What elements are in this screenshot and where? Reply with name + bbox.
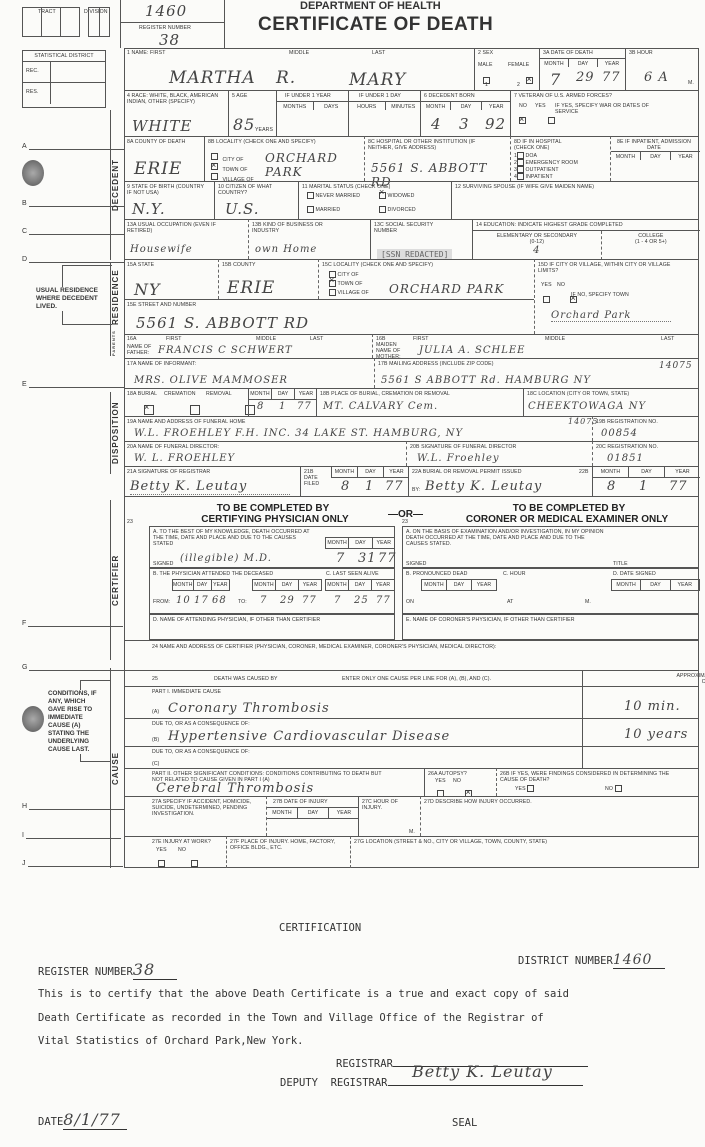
registrar-signature: Betty K. Leutay bbox=[130, 479, 290, 495]
field-marital-status: 11 MARITAL STATUS (CHECK ONE) NEVER MARR… bbox=[298, 181, 451, 219]
field-injury-description: 27D DESCRIBE HOW INJURY OCCURRED. bbox=[420, 796, 699, 836]
certification-date: DATE8/1/77 bbox=[38, 1110, 127, 1130]
funeral-director-name: W. L. FROEHLEY bbox=[134, 453, 235, 464]
field-injury-type: 27A SPECIFY IF ACCIDENT, HOMICIDE, SUICI… bbox=[124, 796, 266, 836]
at-work-yes-checkbox[interactable] bbox=[158, 860, 165, 867]
sex-female-checkbox[interactable] bbox=[526, 77, 533, 84]
citizen-value: U.S. bbox=[225, 200, 260, 218]
certification-date-value: 8/1/77 bbox=[63, 1110, 127, 1130]
funeral-director-signature: W.L. Froehley bbox=[417, 453, 500, 464]
field-county-of-death: 8A COUNTY OF DEATH ERIE bbox=[124, 136, 204, 181]
disposition-day: 1 bbox=[279, 401, 286, 412]
findings-no-checkbox[interactable] bbox=[615, 785, 622, 792]
permit-month: 8 bbox=[607, 479, 616, 494]
field-pronounced-dead: B. PRONOUNCED DEAD C. HOUR D. DATE SIGNE… bbox=[402, 568, 699, 614]
field-hour: 3B HOUR 6 A M. bbox=[625, 48, 699, 90]
field-in-hospital: 8D IF IN HOSPITAL (CHECK ONE) 1 DOA 2 EM… bbox=[510, 136, 610, 181]
filed-day: 1 bbox=[365, 479, 374, 494]
margin-line-h: H bbox=[22, 803, 124, 810]
field-disposition-place: 18B PLACE OF BURIAL, CREMATION OR REMOVA… bbox=[316, 388, 523, 416]
field-date-of-death: 3A DATE OF DEATH MONTH DAY YEAR 7 29 77 bbox=[539, 48, 625, 90]
margin-line-a: A bbox=[22, 143, 124, 150]
cremation-checkbox[interactable] bbox=[190, 405, 200, 415]
attended-from-day: 17 bbox=[194, 595, 209, 606]
department-heading: DEPARTMENT OF HEALTH bbox=[300, 0, 441, 12]
doa-checkbox[interactable] bbox=[517, 152, 524, 159]
field-cause-a: PART I. IMMEDIATE CAUSE (A) Coronary Thr… bbox=[124, 686, 699, 718]
certification-district-value: 1460 bbox=[613, 952, 665, 969]
county-value: ERIE bbox=[134, 159, 182, 179]
field-education: 14 EDUCATION: INDICATE HIGHEST GRADE COM… bbox=[472, 219, 699, 259]
field-informant-name: 17A NAME OF INFORMANT: MRS. OLIVE MAMMOS… bbox=[124, 358, 374, 388]
inpatient-checkbox[interactable] bbox=[517, 173, 524, 180]
attended-to-month: 7 bbox=[260, 595, 267, 606]
field-permit-issued: 22A BURIAL OR REMOVAL PERMIT ISSUED 22B … bbox=[408, 466, 592, 496]
field-industry: 13B KIND OF BUSINESS OR INDUSTRY own Hom… bbox=[248, 219, 370, 259]
signed-day: 31 bbox=[358, 551, 377, 566]
last-seen-day: 25 bbox=[354, 595, 369, 606]
field-funeral-director-signature: 20B SIGNATURE OF FUNERAL DIRECTOR W.L. F… bbox=[406, 441, 592, 466]
field-cause-b: DUE TO, OR AS A CONSEQUENCE OF: (B) Hype… bbox=[124, 718, 699, 746]
attended-to-year: 77 bbox=[302, 595, 317, 606]
tab-certifier: CERTIFIER bbox=[110, 500, 124, 660]
margin-line-j: J bbox=[22, 860, 123, 867]
permit-day: 1 bbox=[639, 479, 648, 494]
field-coroner-certification: A. ON THE BASIS OF EXAMINATION AND/OR IN… bbox=[402, 526, 699, 568]
mother-name: JULIA A. SCHLEE bbox=[419, 345, 525, 356]
locality-village-checkbox[interactable] bbox=[211, 173, 218, 180]
cause-a-value: Coronary Thrombosis bbox=[168, 701, 330, 716]
death-year: 77 bbox=[602, 70, 621, 85]
statistical-district-box: STATISTICAL DISTRICT REC. RES. bbox=[22, 50, 106, 108]
disposition-year: 77 bbox=[297, 401, 312, 412]
residence-county-value: ERIE bbox=[227, 278, 275, 298]
field-father: 16A FIRST MIDDLE LAST NAME OF FATHER: FR… bbox=[124, 334, 372, 358]
field-residence-state: 15A STATE NY bbox=[124, 259, 218, 299]
married-checkbox[interactable] bbox=[307, 206, 314, 213]
outpatient-checkbox[interactable] bbox=[517, 166, 524, 173]
deputy-registrar-signature: Betty K. Leutay bbox=[412, 1062, 553, 1081]
tab-disposition: DISPOSITION bbox=[110, 392, 124, 474]
decedent-last-name: MARY bbox=[349, 70, 406, 90]
cause-b-value: Hypertensive Cardiovascular Disease bbox=[168, 729, 450, 744]
field-disposition-location: 18C LOCATION (CITY OR TOWN, STATE) CHEEK… bbox=[523, 388, 699, 416]
punch-hole-mark-2 bbox=[22, 706, 44, 732]
margin-line-e: E bbox=[22, 381, 124, 388]
certification-register: REGISTER NUMBER38 bbox=[38, 960, 177, 980]
field-injury-place: 27F PLACE OF INJURY. HOME, FACTORY, OFFI… bbox=[226, 836, 350, 868]
physician-signature: (illegible) M.D. bbox=[180, 553, 272, 564]
field-injury-at-work: 27E INJURY AT WORK? YES NO bbox=[124, 836, 226, 868]
field-under-1-year: IF UNDER 1 YEAR MONTHS DAYS bbox=[276, 90, 348, 136]
disposition-month: 8 bbox=[257, 401, 264, 412]
informant-name: MRS. OLIVE MAMMOSER bbox=[134, 375, 288, 386]
field-admission-date: 8E IF INPATIENT, ADMISSION DATE MONTH DA… bbox=[610, 136, 699, 181]
father-name: FRANCIS C SCHWERT bbox=[158, 345, 293, 356]
certification-body-line-2: Death Certificate as recorded in the Tow… bbox=[38, 1012, 544, 1024]
field-residence-street: 15E STREET AND NUMBER 5561 S. ABBOTT RD bbox=[124, 299, 534, 334]
district-number: 1460 bbox=[145, 2, 187, 20]
tab-cause: CAUSE bbox=[110, 668, 124, 868]
field-funeral-director-registration: 20C REGISTRATION NO. 01851 bbox=[592, 441, 699, 466]
field-age: 5 AGE 85 YEARS bbox=[228, 90, 276, 136]
cause-header: 25 DEATH WAS CAUSED BY ENTER ONLY ONE CA… bbox=[124, 670, 699, 686]
findings-yes-checkbox[interactable] bbox=[527, 785, 534, 792]
usual-residence-note: USUAL RESIDENCE WHERE DECEDENT LIVED. bbox=[36, 287, 104, 311]
certification-body-line-1: This is to certify that the above Death … bbox=[38, 988, 569, 1000]
margin-line-b: B bbox=[22, 200, 124, 207]
district-register-box: 1460 REGISTER NUMBER 38 bbox=[120, 0, 225, 48]
signed-year: 77 bbox=[378, 551, 397, 566]
decedent-middle-name: R. bbox=[276, 68, 296, 88]
residence-locality-value: ORCHARD PARK bbox=[389, 282, 504, 296]
register-number: 38 bbox=[159, 31, 180, 49]
field-date-filed: 21B DATE FILED MONTH DAY YEAR 8 1 77 bbox=[300, 466, 408, 496]
certifier-headings: TO BE COMPLETED BY CERTIFYING PHYSICIAN … bbox=[124, 496, 699, 526]
tab-residence: RESIDENCE bbox=[110, 262, 124, 332]
tab-parents: PARENTS bbox=[110, 332, 124, 356]
certification-district: DISTRICT NUMBER1460 bbox=[518, 952, 665, 969]
attended-from-month: 10 bbox=[176, 595, 191, 606]
field-attending-physician: D. NAME OF ATTENDING PHYSICIAN, IF OTHER… bbox=[149, 614, 395, 640]
field-autopsy: 26A AUTOPSY? YES NO bbox=[424, 768, 496, 796]
born-year: 92 bbox=[485, 115, 506, 133]
field-sex: 2 SEX MALE FEMALE 1 2 bbox=[474, 48, 539, 90]
division-boxes bbox=[88, 7, 110, 37]
seal-label: SEAL bbox=[452, 1117, 477, 1129]
born-day: 3 bbox=[459, 115, 470, 133]
cause-b-interval: 10 years bbox=[624, 727, 688, 742]
field-mother: 16B FIRST MIDDLE LAST MAIDEN NAME OF MOT… bbox=[372, 334, 699, 358]
field-autopsy-findings: 26B IF YES, WERE FINDINGS CONSIDERED IN … bbox=[496, 768, 699, 796]
disposition-place: MT. CALVARY Cem. bbox=[323, 401, 438, 412]
margin-line-f: F bbox=[22, 620, 123, 627]
field-hospital: 8C HOSPITAL OR OTHER INSTITUTION (IF NEI… bbox=[364, 136, 510, 181]
filed-month: 8 bbox=[341, 479, 350, 494]
widowed-checkbox[interactable] bbox=[379, 192, 386, 199]
field-coroner-physician: E. NAME OF CORONER'S PHYSICIAN, IF OTHER… bbox=[402, 614, 699, 640]
field-other-conditions: PART II. OTHER SIGNIFICANT CONDITIONS: C… bbox=[124, 768, 424, 796]
field-injury-hour: 27C HOUR OF INJURY. M. bbox=[358, 796, 420, 836]
field-registrar-signature: 21A SIGNATURE OF REGISTRAR Betty K. Leut… bbox=[124, 466, 300, 496]
field-locality: 8B LOCALITY (CHECK ONE AND SPECIFY) CITY… bbox=[204, 136, 364, 181]
veteran-yes-checkbox[interactable] bbox=[548, 117, 555, 124]
field-funeral-director: 20A NAME OF FUNERAL DIRECTOR: W. L. FROE… bbox=[124, 441, 406, 466]
field-cause-c: DUE TO, OR AS A CONSEQUENCE OF: (C) bbox=[124, 746, 699, 768]
residence-street-value: 5561 S. ABBOTT RD bbox=[136, 314, 309, 332]
field-residence-county: 15B COUNTY ERIE bbox=[218, 259, 318, 299]
death-hour: 6 A bbox=[644, 70, 669, 85]
death-month: 7 bbox=[550, 70, 561, 89]
field-injury-location: 27G LOCATION (STREET & NO., CITY OR VILL… bbox=[350, 836, 699, 868]
locality-value: ORCHARD PARK bbox=[265, 151, 364, 179]
education-elementary-value: 4 bbox=[473, 245, 601, 256]
born-month: 4 bbox=[431, 115, 442, 133]
page-title: CERTIFICATE OF DEATH bbox=[258, 14, 493, 36]
within-limits-yes-checkbox[interactable] bbox=[543, 296, 550, 303]
conditions-note: CONDITIONS, IF ANY, WHICH GAVE RISE TO I… bbox=[48, 690, 104, 754]
funeral-home-registration: 00854 bbox=[601, 428, 638, 439]
last-seen-month: 7 bbox=[334, 595, 341, 606]
cause-a-interval: 10 min. bbox=[624, 699, 681, 714]
field-veteran: 7 VETERAN OF U.S. ARMED FORCES? NO YES I… bbox=[510, 90, 699, 136]
field-physician-attended: B. THE PHYSICIAN ATTENDED THE DECEASED C… bbox=[149, 568, 395, 614]
signed-month: 7 bbox=[336, 551, 345, 566]
field-informant-address: 17B MAILING ADDRESS (INCLUDE ZIP CODE) 1… bbox=[374, 358, 699, 388]
death-day: 29 bbox=[576, 70, 595, 85]
field-certifier-address: 24 NAME AND ADDRESS OF CERTIFIER (PHYSIC… bbox=[124, 640, 699, 670]
field-under-1-day: IF UNDER 1 DAY HOURS MINUTES bbox=[348, 90, 420, 136]
field-physician-certification: A. TO THE BEST OF MY KNOWLEDGE, DEATH OC… bbox=[149, 526, 395, 568]
margin-line-c: C bbox=[22, 228, 124, 235]
field-within-limits: 15D IF CITY OR VILLAGE, WITHIN CITY OR V… bbox=[534, 259, 699, 334]
burial-checkbox[interactable] bbox=[144, 405, 154, 415]
decedent-first-name: MARTHA bbox=[169, 68, 256, 88]
divorced-checkbox[interactable] bbox=[379, 206, 386, 213]
field-funeral-home: 19A NAME AND ADDRESS OF FUNERAL HOME 140… bbox=[124, 416, 592, 441]
attended-to-day: 29 bbox=[280, 595, 295, 606]
residence-state-value: NY bbox=[134, 280, 161, 299]
tract-boxes bbox=[22, 7, 80, 37]
residence-town-value: Orchard Park bbox=[551, 310, 671, 322]
informant-zip: 14075 bbox=[659, 361, 693, 371]
attended-from-year: 68 bbox=[212, 595, 227, 606]
certification-body-line-3: Vital Statistics of Orchard Park,New Yor… bbox=[38, 1035, 304, 1047]
age-value: 85 bbox=[233, 115, 255, 134]
margin-line-d: D bbox=[22, 256, 124, 263]
field-decedent-born: 6 DECEDENT BORN MONTH DAY YEAR 4 3 92 bbox=[420, 90, 510, 136]
field-occupation: 13A USUAL OCCUPATION (EVEN IF RETIRED) H… bbox=[124, 219, 248, 259]
emergency-room-checkbox[interactable] bbox=[517, 159, 524, 166]
veteran-no-checkbox[interactable] bbox=[519, 117, 526, 124]
field-race: 4 RACE: WHITE, BLACK, AMERICAN INDIAN, O… bbox=[124, 90, 228, 136]
residence-village-checkbox[interactable] bbox=[329, 289, 336, 296]
informant-address: 5561 S ABBOTT Rd. HAMBURG NY bbox=[381, 375, 591, 386]
disposition-location: CHEEKTOWAGA NY bbox=[528, 401, 646, 412]
field-permit-date: MONTH DAY YEAR 8 1 77 bbox=[592, 466, 699, 496]
field-ssn: 13C SOCIAL SECURITY NUMBER [SSN REDACTED… bbox=[370, 219, 472, 259]
margin-line-i: I bbox=[22, 832, 121, 839]
field-residence-locality: 15C LOCALITY (CHECK ONE AND SPECIFY) CIT… bbox=[318, 259, 534, 299]
tab-decedent: DECEDENT bbox=[110, 110, 124, 260]
permit-signature: Betty K. Leutay bbox=[425, 479, 542, 494]
certification-title: CERTIFICATION bbox=[279, 922, 361, 934]
field-birth-state: 9 STATE OF BIRTH (COUNTRY IF NOT USA) N.… bbox=[124, 181, 214, 219]
occupation-value: Housewife bbox=[130, 244, 193, 255]
field-surviving-spouse: 12 SURVIVING SPOUSE (IF WIFE GIVE MAIDEN… bbox=[451, 181, 699, 219]
at-work-no-checkbox[interactable] bbox=[191, 860, 198, 867]
field-injury-date: 27B DATE OF INJURY MONTH DAY YEAR bbox=[266, 796, 358, 836]
certification-register-value: 38 bbox=[133, 960, 177, 980]
residence-town-checkbox[interactable] bbox=[329, 280, 336, 287]
last-seen-year: 77 bbox=[376, 595, 391, 606]
field-funeral-home-registration: 19B REGISTRATION NO. 00854 bbox=[592, 416, 699, 441]
race-value: WHITE bbox=[132, 117, 192, 135]
permit-year: 77 bbox=[669, 479, 688, 494]
field-citizen: 10 CITIZEN OF WHAT COUNTRY? U.S. bbox=[214, 181, 298, 219]
birth-state-value: N.Y. bbox=[132, 200, 166, 218]
industry-value: own Home bbox=[255, 244, 317, 255]
funeral-home-value: W.L. FROEHLEY F.H. INC. 34 LAKE ST. HAMB… bbox=[134, 428, 463, 439]
field-name: 1 NAME: FIRST MIDDLE LAST MARTHA R. MARY bbox=[124, 48, 474, 90]
other-conditions-value: Cerebral Thrombosis bbox=[156, 781, 314, 796]
field-disposition-date: MONTH DAY YEAR 8 1 77 bbox=[248, 388, 316, 416]
funeral-director-registration: 01851 bbox=[607, 453, 644, 464]
filed-year: 77 bbox=[385, 479, 404, 494]
field-disposition-method: 18A BURIAL CREMATION REMOVAL bbox=[124, 388, 248, 416]
punch-hole-mark bbox=[22, 160, 44, 186]
never-married-checkbox[interactable] bbox=[307, 192, 314, 199]
